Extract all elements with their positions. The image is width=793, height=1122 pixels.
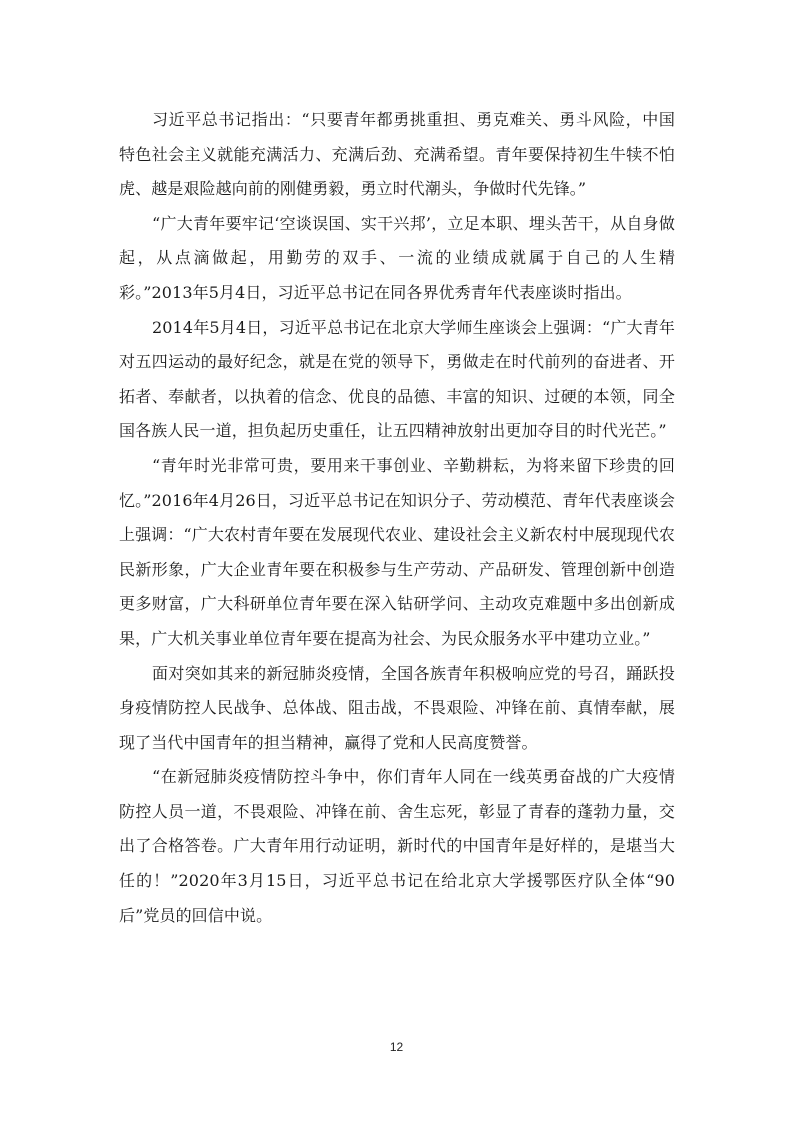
paragraph-covid-response: 面对突如其来的新冠肺炎疫情，全国各族青年积极响应党的号召，踊跃投身疫情防控人民战…: [119, 657, 675, 761]
paragraph-2020-letter: “在新冠肺炎疫情防控斗争中，你们青年人同在一线英勇奋战的广大疫情防控人员一道，不…: [119, 760, 675, 933]
paragraph-2016-symposium: “青年时光非常可贵，要用来干事创业、辛勤耕耘，为将来留下珍贵的回忆。”2016年…: [119, 449, 675, 657]
page-number: 12: [0, 1040, 793, 1054]
paragraph-2014-peking-university: 2014年5月4日，习近平总书记在北京大学师生座谈会上强调：“广大青年对五四运动…: [119, 311, 675, 449]
paragraph-2013-speech: “广大青年要牢记‘空谈误国、实干兴邦’，立足本职、埋头苦干，从自身做起，从点滴做…: [119, 207, 675, 311]
paragraph-xi-youth-quote: 习近平总书记指出：“只要青年都勇挑重担、勇克难关、勇斗风险，中国特色社会主义就能…: [119, 103, 675, 207]
document-body: 习近平总书记指出：“只要青年都勇挑重担、勇克难关、勇斗风险，中国特色社会主义就能…: [119, 103, 675, 933]
